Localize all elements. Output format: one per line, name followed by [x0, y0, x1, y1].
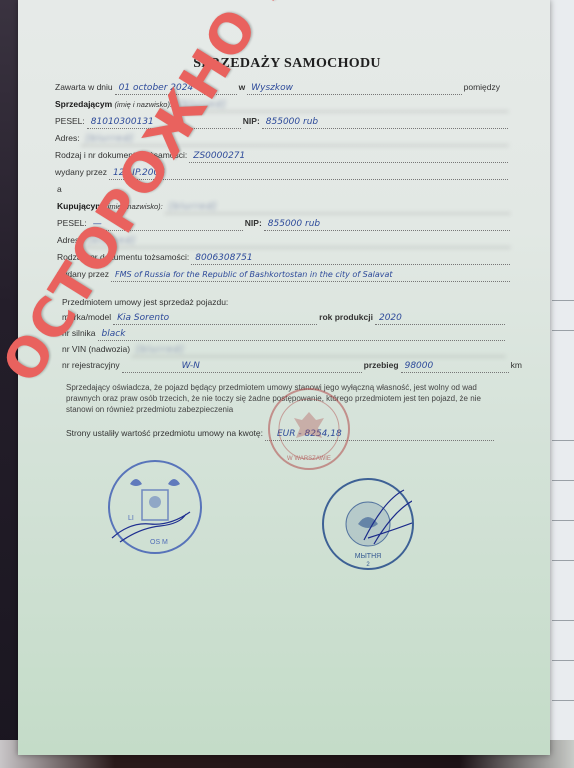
- buyer-nip: 855000 rub: [264, 218, 510, 231]
- vin-number: [blurred]: [132, 344, 505, 357]
- lithuanian-customs-stamp: LI OS M: [108, 460, 202, 554]
- seller-nip-label: NIP:: [243, 116, 260, 126]
- buyer-issued-row: wydany przez FMS of Russia for the Repub…: [57, 269, 512, 282]
- belarus-emblem-icon: МЫТНЯ 2: [324, 480, 412, 568]
- contract-paper: [18, 0, 550, 755]
- svg-text:МЫТНЯ: МЫТНЯ: [355, 553, 381, 560]
- background-right-papers: [548, 0, 574, 768]
- eagle-emblem-icon: W WARSZAWIE: [270, 390, 348, 468]
- mileage-label: przebieg: [364, 360, 399, 370]
- seller-name-row: Sprzedającym (imię i nazwisko): [blurred…: [55, 99, 510, 112]
- year-label: rok produkcji: [319, 312, 373, 322]
- seller-nip: 855000 rub: [262, 116, 508, 129]
- svg-text:OS M: OS M: [150, 539, 168, 546]
- registration-number: W-N: [122, 360, 362, 373]
- buyer-nip-label: NIP:: [245, 218, 262, 228]
- vehicle-vin-row: nr VIN (nadwozia) [blurred]: [62, 344, 507, 357]
- make-model: Kia Sorento: [113, 312, 317, 325]
- vehicle-model-row: marka/model Kia Sorento rok produkcji 20…: [62, 312, 507, 325]
- vytis-emblem-icon: LI OS M: [110, 462, 200, 552]
- buyer-name: [blurred]: [165, 201, 510, 214]
- mileage: 98000: [401, 360, 509, 373]
- svg-text:2: 2: [366, 562, 370, 568]
- warsaw-stamp: W WARSZAWIE: [268, 388, 350, 470]
- buyer-id-doc: 8006308751: [191, 252, 510, 265]
- buyer-issued-by: FMS of Russia for the Republic of Bashko…: [111, 269, 510, 282]
- production-year: 2020: [375, 312, 505, 325]
- and-row: a: [57, 184, 62, 194]
- seller-address-label: Adres:: [55, 133, 80, 143]
- vehicle-registration-row: nr rejestracyjny W-N przebieg 98000 km: [62, 360, 522, 373]
- document-title: SPRZEDAŻY SAMOCHODU: [0, 56, 574, 72]
- seller-address-row: Adres: [blurred]: [55, 133, 510, 146]
- engine-number: black: [98, 328, 505, 341]
- belarus-customs-stamp: МЫТНЯ 2: [322, 478, 414, 570]
- and-label: a: [57, 184, 62, 194]
- contract-date-row: Zawarta w dniu 01 october 2024 w Wyszkow…: [55, 82, 500, 95]
- place-label: w: [239, 82, 246, 92]
- seller-heading: Sprzedającym: [55, 99, 112, 109]
- registration-label: nr rejestracyjny: [62, 360, 120, 370]
- date-label: Zawarta w dniu: [55, 82, 113, 92]
- mileage-unit: km: [511, 360, 522, 370]
- contract-place: Wyszkow: [247, 82, 461, 95]
- buyer-address: [blurred]: [84, 235, 510, 248]
- value-label: Strony ustaliły wartość przedmiotu umowy…: [66, 428, 263, 438]
- vehicle-engine-row: nr silnika black: [62, 328, 507, 341]
- seller-pesel-label: PESEL:: [55, 116, 85, 126]
- svg-text:LI: LI: [128, 515, 134, 522]
- seller-pesel-row: PESEL: 81010300131 NIP: 855000 rub: [55, 116, 510, 129]
- svg-text:W WARSZAWIE: W WARSZAWIE: [287, 456, 331, 462]
- seller-id-doc: ZS0000271: [189, 150, 508, 163]
- between-label: pomiędzy: [464, 82, 500, 92]
- seller-issued-label: wydany przez: [55, 167, 107, 177]
